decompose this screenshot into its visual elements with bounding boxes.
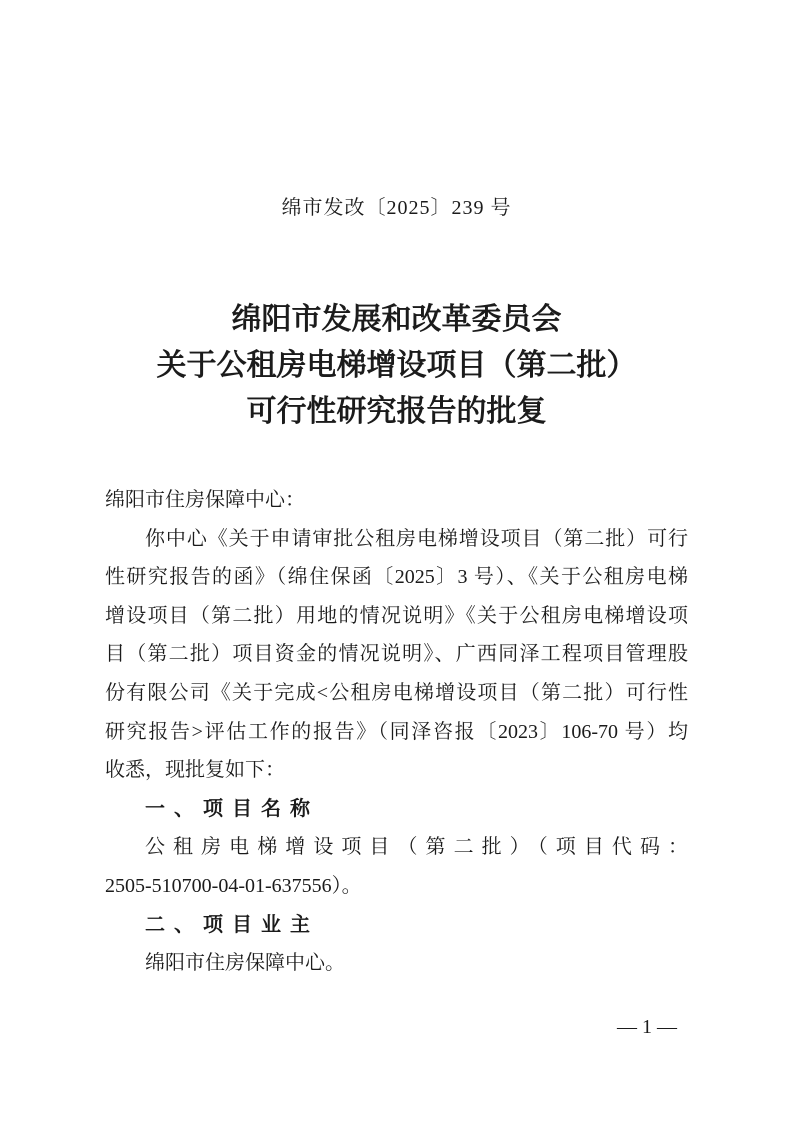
body-line: 2505-510700-04-01-637556）。 — [105, 867, 688, 906]
body-line: 公租房电梯增设项目（第二批）（项目代码： — [105, 828, 688, 867]
body-line: 绵阳市住房保障中心： — [105, 481, 688, 520]
title-line-2: 关于公租房电梯增设项目（第二批） — [0, 343, 793, 389]
body-line: 收悉，现批复如下： — [105, 751, 688, 790]
body-line: 研究报告>评估工作的报告》（同泽咨报〔2023〕106-70 号）均 — [105, 713, 688, 752]
body-line: 你中心《关于申请审批公租房电梯增设项目（第二批）可行 — [105, 520, 688, 559]
document-title: 绵阳市发展和改革委员会 关于公租房电梯增设项目（第二批） 可行性研究报告的批复 — [0, 297, 793, 435]
body-line: 二、项目业主 — [105, 906, 688, 945]
document-number: 绵市发改〔2025〕239 号 — [0, 196, 793, 220]
body-line: 增设项目（第二批）用地的情况说明》《关于公租房电梯增设项 — [105, 597, 688, 636]
body-line: 性研究报告的函》（绵住保函〔2025〕3 号）、《关于公租房电梯 — [105, 558, 688, 597]
document-body: 绵阳市住房保障中心：你中心《关于申请审批公租房电梯增设项目（第二批）可行性研究报… — [105, 481, 688, 983]
body-line: 份有限公司《关于完成<公租房电梯增设项目（第二批）可行性 — [105, 674, 688, 713]
document-page: 绵市发改〔2025〕239 号 绵阳市发展和改革委员会 关于公租房电梯增设项目（… — [0, 0, 793, 1122]
title-line-3: 可行性研究报告的批复 — [0, 389, 793, 435]
body-line: 目（第二批）项目资金的情况说明》、广西同泽工程项目管理股 — [105, 635, 688, 674]
body-line: 绵阳市住房保障中心。 — [105, 944, 688, 983]
title-line-1: 绵阳市发展和改革委员会 — [0, 297, 793, 343]
page-number: — 1 — — [617, 1016, 677, 1038]
body-line: 一、项目名称 — [105, 790, 688, 829]
